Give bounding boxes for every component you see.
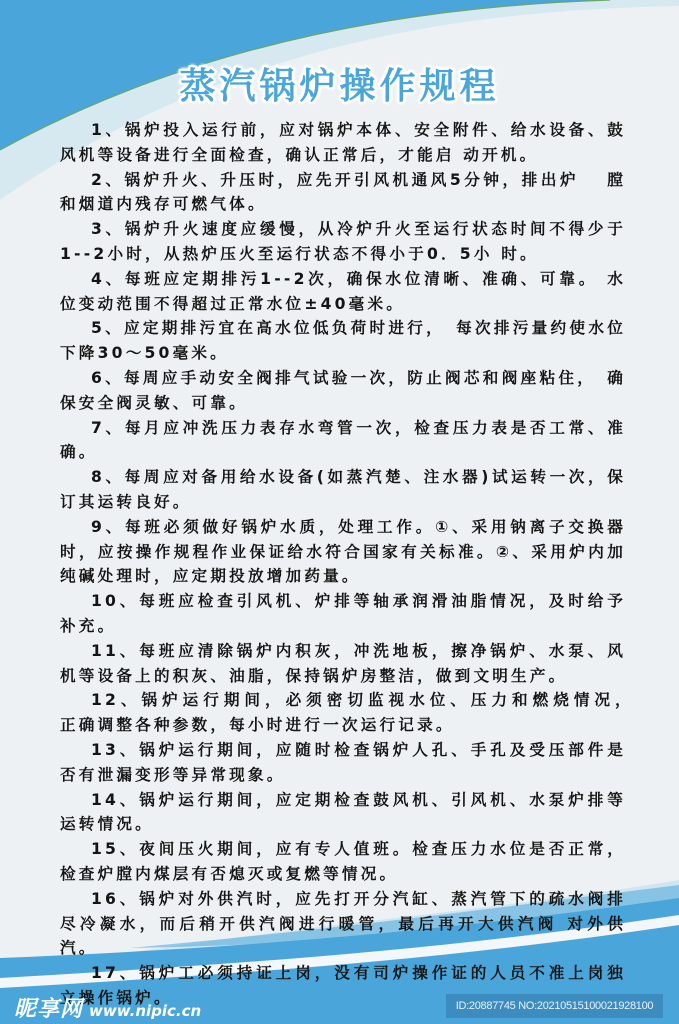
poster-title: 蒸汽锅炉操作规程 [0,58,679,109]
rule-item: 14、锅炉运行期间，应定期检查鼓风机、引风机、水泵炉排等运转情况。 [60,788,626,838]
rule-item: 13、锅炉运行期间，应随时检查锅炉人孔、手孔及受压部件是否有泄漏变形等异常现象。 [60,738,626,788]
rule-item: 15、夜间压火期间，应有专人值班。检查压力水位是否正常，检查炉膛内煤层有否熄灭或… [60,837,626,887]
rules-list: 1、锅炉投入运行前，应对锅炉本体、安全附件、给水设备、鼓风机等设备进行全面检查，… [60,118,626,1011]
rule-item: 4、每班应定期排污1--2次，确保水位清晰、准确、可靠。 水位变动范围不得超过正… [60,267,626,317]
rule-item: 16、锅炉对外供汽时，应先打开分汽缸、蒸汽管下的疏水阀排尽冷凝水，而后稍开供汽阀… [60,887,626,961]
rule-item: 9、每班必须做好锅炉水质，处理工作。①、采用钠离子交换器时，应按操作规程作业保证… [60,515,626,589]
rule-item: 2、锅炉升火、升压时，应先开引风机通风5分钟，排出炉 膛和烟道内残存可燃气体。 [60,168,626,218]
rule-item: 1、锅炉投入运行前，应对锅炉本体、安全附件、给水设备、鼓风机等设备进行全面检查，… [60,118,626,168]
rule-item: 3、锅炉升火速度应缓慢，从冷炉升火至运行状态时间不得少于1--2小时，从热炉压火… [60,217,626,267]
rule-item: 10、每班应检查引风机、炉排等轴承润滑油脂情况，及时给予补充。 [60,589,626,639]
rule-item: 7、每月应冲洗压力表存水弯管一次，检查压力表是否工常、准确。 [60,416,626,466]
rule-item: 8、每周应对备用给水设备(如蒸汽楚、注水器)试运转一次，保订其运转良好。 [60,465,626,515]
watermark-url: www.nipic.cn [89,1002,201,1020]
rule-item: 12、锅炉运行期间，必须密切监视水位、压力和燃烧情况， 正确调整各种参数，每小时… [60,688,626,738]
rule-item: 6、每周应手动安全阀排气试验一次，防止阀芯和阀座粘住， 确保安全阀灵敏、可靠。 [60,366,626,416]
watermark-brand: 昵享网 [14,992,83,1023]
watermark-logo: 昵享网 www.nipic.cn [14,992,201,1023]
watermark-id-badge: ID:20887745 NO:20210515100021928100 [446,994,663,1018]
rule-item: 5、应定期排污宜在高水位低负荷时进行， 每次排污量约使水位下降30～50毫米。 [60,316,626,366]
rule-item: 11、每班应清除锅炉内积灰，冲洗地板，擦净锅炉、水泵、风机等设备上的积灰、油脂，… [60,639,626,689]
